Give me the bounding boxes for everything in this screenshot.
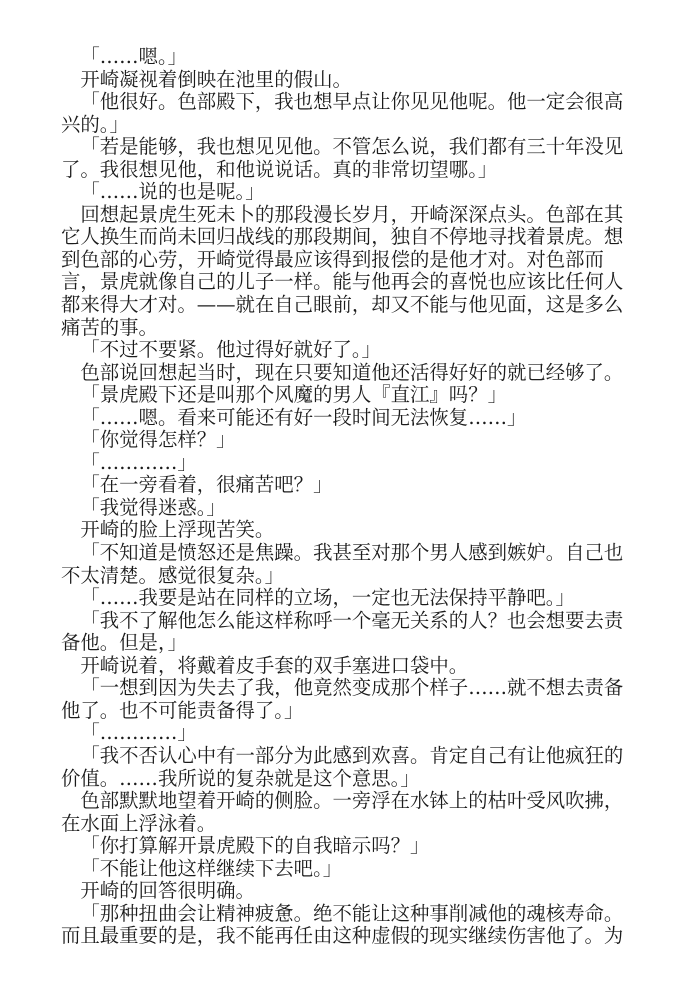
text-line: 都来得大才对。——就在自己眼前，却又不能与他见面，这是多么 [61, 294, 639, 317]
text-line: 色部默默地望着开崎的侧脸。一旁浮在水钵上的枯叶受风吹拂， [61, 790, 639, 813]
text-line: 「在一旁看着，很痛苦吧？」 [61, 474, 639, 497]
text-line: 他了。也不可能责备得了。」 [61, 700, 639, 723]
text-line: 而且最重要的是，我不能再任由这种虚假的现实继续伤害他了。为 [61, 925, 639, 948]
text-line: 价值。……我所说的复杂就是这个意思。」 [61, 768, 639, 791]
text-line: 言，景虎就像自己的儿子一样。能与他再会的喜悦也应该比任何人 [61, 271, 639, 294]
text-line: 不太清楚。感觉很复杂。」 [61, 565, 639, 588]
text-line: 「那种扭曲会让精神疲惫。绝不能让这种事削减他的魂核寿命。 [61, 903, 639, 926]
text-line: 开崎的回答很明确。 [61, 880, 639, 903]
text-line: 「…………」 [61, 452, 639, 475]
text-line: 了。我很想见他，和他说说话。真的非常切望哪。」 [61, 159, 639, 182]
text-line: 在水面上浮泳着。 [61, 813, 639, 836]
text-line: 「…………」 [61, 722, 639, 745]
text-line: 「你打算解开景虎殿下的自我暗示吗？」 [61, 835, 639, 858]
text-line: 它人换生而尚未回归战线的那段期间，独自不停地寻找着景虎。想 [61, 226, 639, 249]
text-line: 「景虎殿下还是叫那个风魔的男人『直江』吗？」 [61, 384, 639, 407]
text-line: 「我觉得迷惑。」 [61, 497, 639, 520]
text-line: 开崎说着，将戴着皮手套的双手塞进口袋中。 [61, 655, 639, 678]
text-line: 「……嗯。看来可能还有好一段时间无法恢复……」 [61, 407, 639, 430]
text-content: 「……嗯。」开崎凝视着倒映在池里的假山。「他很好。色部殿下，我也想早点让你见见他… [61, 46, 639, 948]
text-line: 开崎凝视着倒映在池里的假山。 [61, 69, 639, 92]
text-line: 到色部的心劳，开崎觉得最应该得到报偿的是他才对。对色部而 [61, 249, 639, 272]
text-line: 备他。但是，」 [61, 632, 639, 655]
text-line: 「……说的也是呢。」 [61, 181, 639, 204]
text-line: 「不能让他这样继续下去吧。」 [61, 858, 639, 881]
text-line: 「一想到因为失去了我，他竟然变成那个样子……就不想去责备 [61, 677, 639, 700]
text-line: 「若是能够，我也想见见他。不管怎么说，我们都有三十年没见 [61, 136, 639, 159]
text-line: 兴的。」 [61, 114, 639, 137]
text-line: 「……嗯。」 [61, 46, 639, 69]
text-line: 「不知道是愤怒还是焦躁。我甚至对那个男人感到嫉妒。自己也 [61, 542, 639, 565]
text-line: 痛苦的事。 [61, 317, 639, 340]
text-line: 开崎的脸上浮现苦笑。 [61, 519, 639, 542]
text-line: 「我不了解他怎么能这样称呼一个毫无关系的人？也会想要去责 [61, 610, 639, 633]
text-line: 「……我要是站在同样的立场，一定也无法保持平静吧。」 [61, 587, 639, 610]
text-line: 「你觉得怎样？」 [61, 429, 639, 452]
text-line: 「不过不要紧。他过得好就好了。」 [61, 339, 639, 362]
text-line: 回想起景虎生死未卜的那段漫长岁月，开崎深深点头。色部在其 [61, 204, 639, 227]
text-line: 「我不否认心中有一部分为此感到欢喜。肯定自己有让他疯狂的 [61, 745, 639, 768]
text-line: 色部说回想起当时，现在只要知道他还活得好好的就已经够了。 [61, 362, 639, 385]
book-page: 「……嗯。」开崎凝视着倒映在池里的假山。「他很好。色部殿下，我也想早点让你见见他… [0, 0, 700, 993]
text-line: 「他很好。色部殿下，我也想早点让你见见他呢。他一定会很高 [61, 91, 639, 114]
